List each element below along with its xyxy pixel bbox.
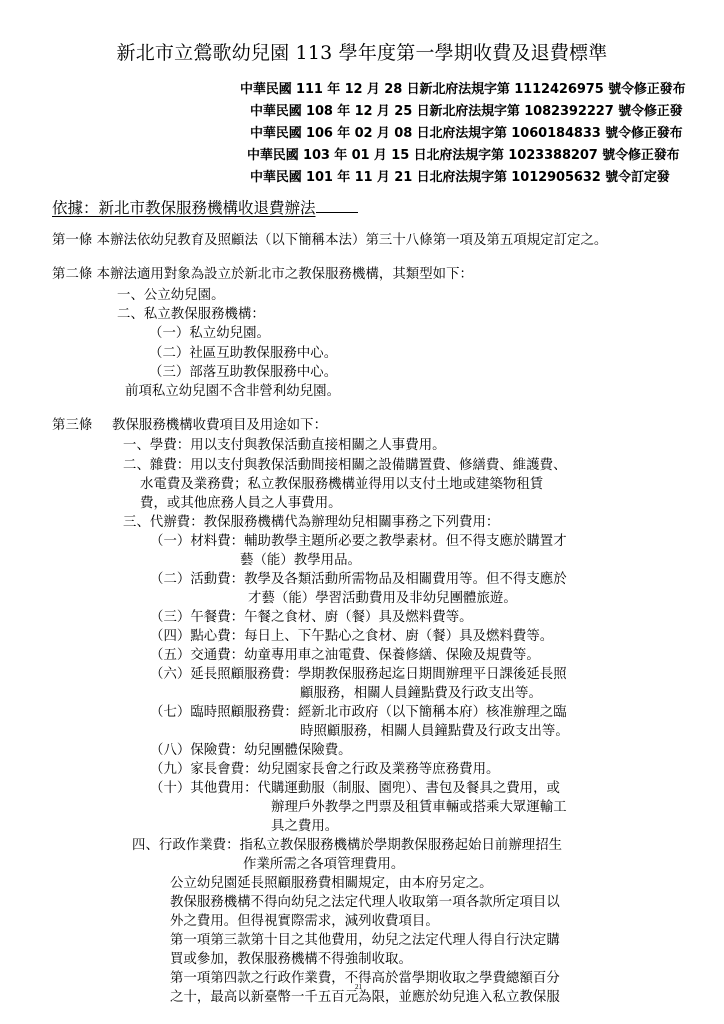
- article-2-item: 二、私立教保服務機構：: [117, 306, 265, 324]
- article-3-line: 水電費及業務費；私立教保服務機構並得用以支付土地或建築物租賃: [140, 476, 543, 494]
- article-1: 第一條 本辦法依幼兒教育及照顧法（以下簡稱本法）第三十八條第一項及第五項規定訂定…: [52, 232, 607, 250]
- article-2-heading: 第二條 本辦法適用對象為設立於新北市之教保服務機構，其類型如下：: [52, 266, 473, 284]
- article-2-subitem: （三）部落互助教保服務中心。: [149, 364, 337, 382]
- article-3-line: 藝（能）教學用品。: [240, 552, 361, 570]
- article-2-item: 一、公立幼兒園。: [117, 287, 225, 305]
- article-2-subitem: （二）社區互助教保服務中心。: [149, 345, 337, 363]
- article-3-line: （七）臨時照顧服務費：經新北市政府（以下簡稱本府）核准辦理之臨: [150, 704, 567, 722]
- legal-basis-text: 依據：新北市教保服務機構收退費辦法: [52, 199, 316, 217]
- article-3-line: 辦理戶外教學之門票及租賃車輛或搭乘大眾運輸工: [271, 799, 567, 817]
- article-2-subitem: （一）私立幼兒園。: [149, 325, 270, 343]
- article-3-heading: 教保服務機構收費項目及用途如下：: [112, 417, 327, 435]
- document-page: 新北市立鶯歌幼兒園 113 學年度第一學期收費及退費標準 中華民國 111 年 …: [0, 0, 724, 1024]
- decree-line: 中華民國 108 年 12 月 25 日新北府法規字第 1082392227 號…: [250, 100, 683, 119]
- decree-line: 中華民國 103 年 01 月 15 日北府法規字第 1023388207 號令…: [247, 144, 680, 163]
- article-3-line: （五）交通費：幼童專用車之油電費、保養修繕、保險及規費等。: [150, 647, 540, 665]
- decree-line: 中華民國 106 年 02 月 08 日北府法規字第 1060184833 號令…: [250, 122, 683, 141]
- article-3-line: （三）午餐費：午餐之食材、廚（餐）具及燃料費等。: [150, 609, 473, 627]
- article-3-line: （十）其他費用：代購運動服（制服、園兜）、書包及餐具之費用，或: [150, 780, 560, 798]
- document-title: 新北市立鶯歌幼兒園 113 學年度第一學期收費及退費標準: [0, 38, 724, 65]
- article-3-line: 公立幼兒園延長照顧服務費相關規定，由本府另定之。: [170, 875, 493, 893]
- article-3-line: 顧服務，相關人員鐘點費及行政支出等。: [300, 685, 542, 703]
- article-3-line: 第一項第三款第十目之其他費用，幼兒之法定代理人得自行決定購: [170, 932, 560, 950]
- article-3-line: （九）家長會費：幼兒園家長會之行政及業務等庶務費用。: [150, 761, 499, 779]
- legal-basis-heading: 依據：新北市教保服務機構收退費辦法: [52, 196, 358, 218]
- decree-line: 中華民國 111 年 12 月 28 日新北府法規字第 1112426975 號…: [240, 78, 685, 97]
- article-3-line: 作業所需之各項管理費用。: [243, 856, 404, 874]
- article-2-note: 前項私立幼兒園不含非營利幼兒園。: [125, 383, 340, 401]
- decree-line: 中華民國 101 年 11 月 21 日北府法規字第 1012905632 號令…: [250, 166, 670, 185]
- article-3-line: 具之費用。: [271, 818, 338, 836]
- article-3-line: （二）活動費：教學及各類活動所需物品及相關費用等。但不得支應於: [150, 571, 567, 589]
- article-3-line: 三、代辦費：教保服務機構代為辦理幼兒相關事務之下列費用：: [123, 514, 499, 532]
- article-3-label: 第三條: [52, 417, 92, 435]
- article-3-line: 才藝（能）學習活動費用及非幼兒團體旅遊。: [248, 590, 517, 608]
- article-3-line: （六）延長照顧服務費：學期教保服務起迄日期間辦理平日課後延長照: [150, 666, 567, 684]
- article-3-line: 二、雜費：用以支付與教保活動間接相關之設備購置費、修繕費、維護費、: [123, 457, 567, 475]
- page-number: 21: [355, 983, 362, 991]
- article-3-line: 買或參加，教保服務機構不得強制收取。: [170, 951, 412, 969]
- article-3-line: 四、行政作業費：指私立教保服務機構於學期教保服務起始日前辦理招生: [132, 837, 562, 855]
- article-3-line: 一、學費：用以支付與教保活動直接相關之人事費用。: [123, 437, 446, 455]
- article-3-line: （八）保險費：幼兒團體保險費。: [150, 742, 352, 760]
- article-3-line: 時照顧服務，相關人員鐘點費及行政支出等。: [300, 723, 569, 741]
- article-3-line: （一）材料費：輔助教學主題所必要之教學素材。但不得支應於購置才: [150, 533, 567, 551]
- article-3-line: 教保服務機構不得向幼兒之法定代理人收取第一項各款所定項目以: [170, 894, 560, 912]
- article-3-line: 外之費用。但得視實際需求，減列收費項目。: [170, 913, 439, 931]
- article-3-line: 之十，最高以新臺幣一千五百元為限，並應於幼兒進入私立教保服: [170, 989, 560, 1007]
- article-3-line: 第一項第四款之行政作業費，不得高於當學期收取之學費總額百分: [170, 970, 560, 988]
- underline-tail: [316, 198, 358, 213]
- article-3-line: 費，或其他庶務人員之人事費用。: [140, 495, 342, 513]
- article-3-line: （四）點心費：每日上、下午點心之食材、廚（餐）具及燃料費等。: [150, 628, 553, 646]
